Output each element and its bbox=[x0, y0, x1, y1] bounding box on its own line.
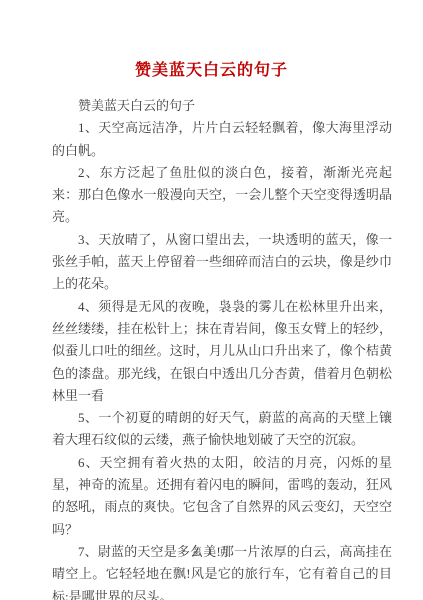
paragraph-5: 5、一个初夏的晴朗的好天气，蔚蓝的高高的天壁上镶着大理石纹似的云缕，燕子愉快地划… bbox=[52, 407, 392, 452]
page-number-footer: 第 1 页 bbox=[0, 544, 423, 558]
paragraph-3: 3、天放晴了，从窗口望出去，一块透明的蓝天，像一张丝手帕，蓝天上停留着一些细碎而… bbox=[52, 229, 392, 296]
paragraph-4: 4、须得是无风的夜晚，袅袅的雾儿在松林里升出来，丝丝缕缕，挂在松针上；抹在青岩间… bbox=[52, 296, 392, 407]
document-page: 赞美蓝天白云的句子 赞美蓝天白云的句子 1、天空高远洁净，片片白云轻轻飘着，像大… bbox=[0, 0, 423, 600]
paragraph-1: 1、天空高远洁净，片片白云轻轻飘着，像大海里浮动的白帆。 bbox=[52, 117, 392, 162]
paragraph-6: 6、天空拥有着火热的太阳，皎洁的月亮，闪烁的星星，神奇的流星。还拥有着闪电的瞬间… bbox=[52, 452, 392, 541]
document-body: 赞美蓝天白云的句子 1、天空高远洁净，片片白云轻轻飘着，像大海里浮动的白帆。 2… bbox=[52, 95, 392, 600]
page-title: 赞美蓝天白云的句子 bbox=[0, 0, 423, 81]
paragraph-2: 2、东方泛起了鱼肚似的淡白色，接着，渐渐光亮起来：那白色像水一般漫向天空，一会儿… bbox=[52, 162, 392, 229]
paragraph-subtitle: 赞美蓝天白云的句子 bbox=[52, 95, 392, 117]
